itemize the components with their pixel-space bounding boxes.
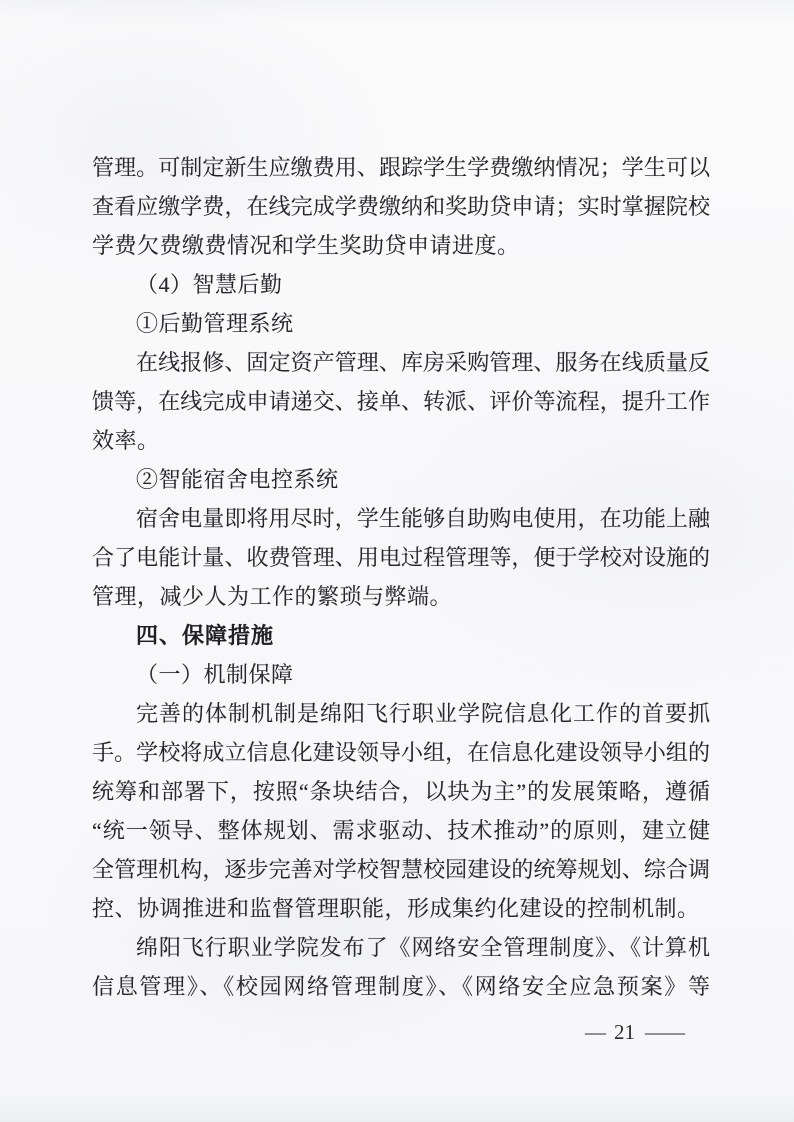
text-block: 管理。可制定新生应缴费用、跟踪学生学费缴纳情况；学生可以查看应缴学费，在线完成学…	[92, 148, 710, 1006]
text-line: 学费欠费缴费情况和学生奖助贷申请进度。	[92, 226, 710, 265]
text-line: 信息管理》、《校园网络管理制度》、《网络安全应急预案》等	[92, 967, 710, 1006]
text-line: 查看应缴学费，在线完成学费缴纳和奖助贷申请；实时掌握院校	[92, 187, 710, 226]
text-line: ①后勤管理系统	[92, 304, 710, 343]
section-heading: 四、保障措施	[92, 616, 710, 655]
text-line: “统一领导、整体规划、需求驱动、技术推动”的原则，建立健	[92, 811, 710, 850]
text-line: 全管理机构，逐步完善对学校智慧校园建设的统筹规划、综合调	[92, 850, 710, 889]
text-line: 绵阳飞行职业学院发布了《网络安全管理制度》、《计算机	[92, 928, 710, 967]
document-page: 管理。可制定新生应缴费用、跟踪学生学费缴纳情况；学生可以查看应缴学费，在线完成学…	[0, 0, 794, 1122]
text-line: （4）智慧后勤	[92, 265, 710, 304]
footer-dash-left: —	[585, 1012, 604, 1052]
text-line: （一）机制保障	[92, 655, 710, 694]
text-line: 效率。	[92, 421, 710, 460]
text-line: 合了电能计量、收费管理、用电过程管理等，便于学校对设施的	[92, 538, 710, 577]
text-line: 管理。可制定新生应缴费用、跟踪学生学费缴纳情况；学生可以	[92, 148, 710, 187]
text-line: 宿舍电量即将用尽时，学生能够自助购电使用，在功能上融	[92, 499, 710, 538]
text-line: 统筹和部署下，按照“条块结合，以块为主”的发展策略，遵循	[92, 772, 710, 811]
text-line: 馈等，在线完成申请递交、接单、转派、评价等流程，提升工作	[92, 382, 710, 421]
text-line: 控、协调推进和监督管理职能，形成集约化建设的控制机制。	[92, 889, 710, 928]
text-line: ②智能宿舍电控系统	[92, 460, 710, 499]
text-line: 在线报修、固定资产管理、库房采购管理、服务在线质量反	[92, 343, 710, 382]
text-line: 手。学校将成立信息化建设领导小组，在信息化建设领导小组的	[92, 733, 710, 772]
footer-dash-right: ——	[645, 1012, 683, 1052]
text-line: 管理，减少人为工作的繁琐与弊端。	[92, 577, 710, 616]
page-number-group: — 21 ——	[585, 1012, 683, 1052]
page-number: 21	[613, 1012, 636, 1052]
text-line: 完善的体制机制是绵阳飞行职业学院信息化工作的首要抓	[92, 694, 710, 733]
page-footer: — 21 ——	[0, 1012, 794, 1052]
